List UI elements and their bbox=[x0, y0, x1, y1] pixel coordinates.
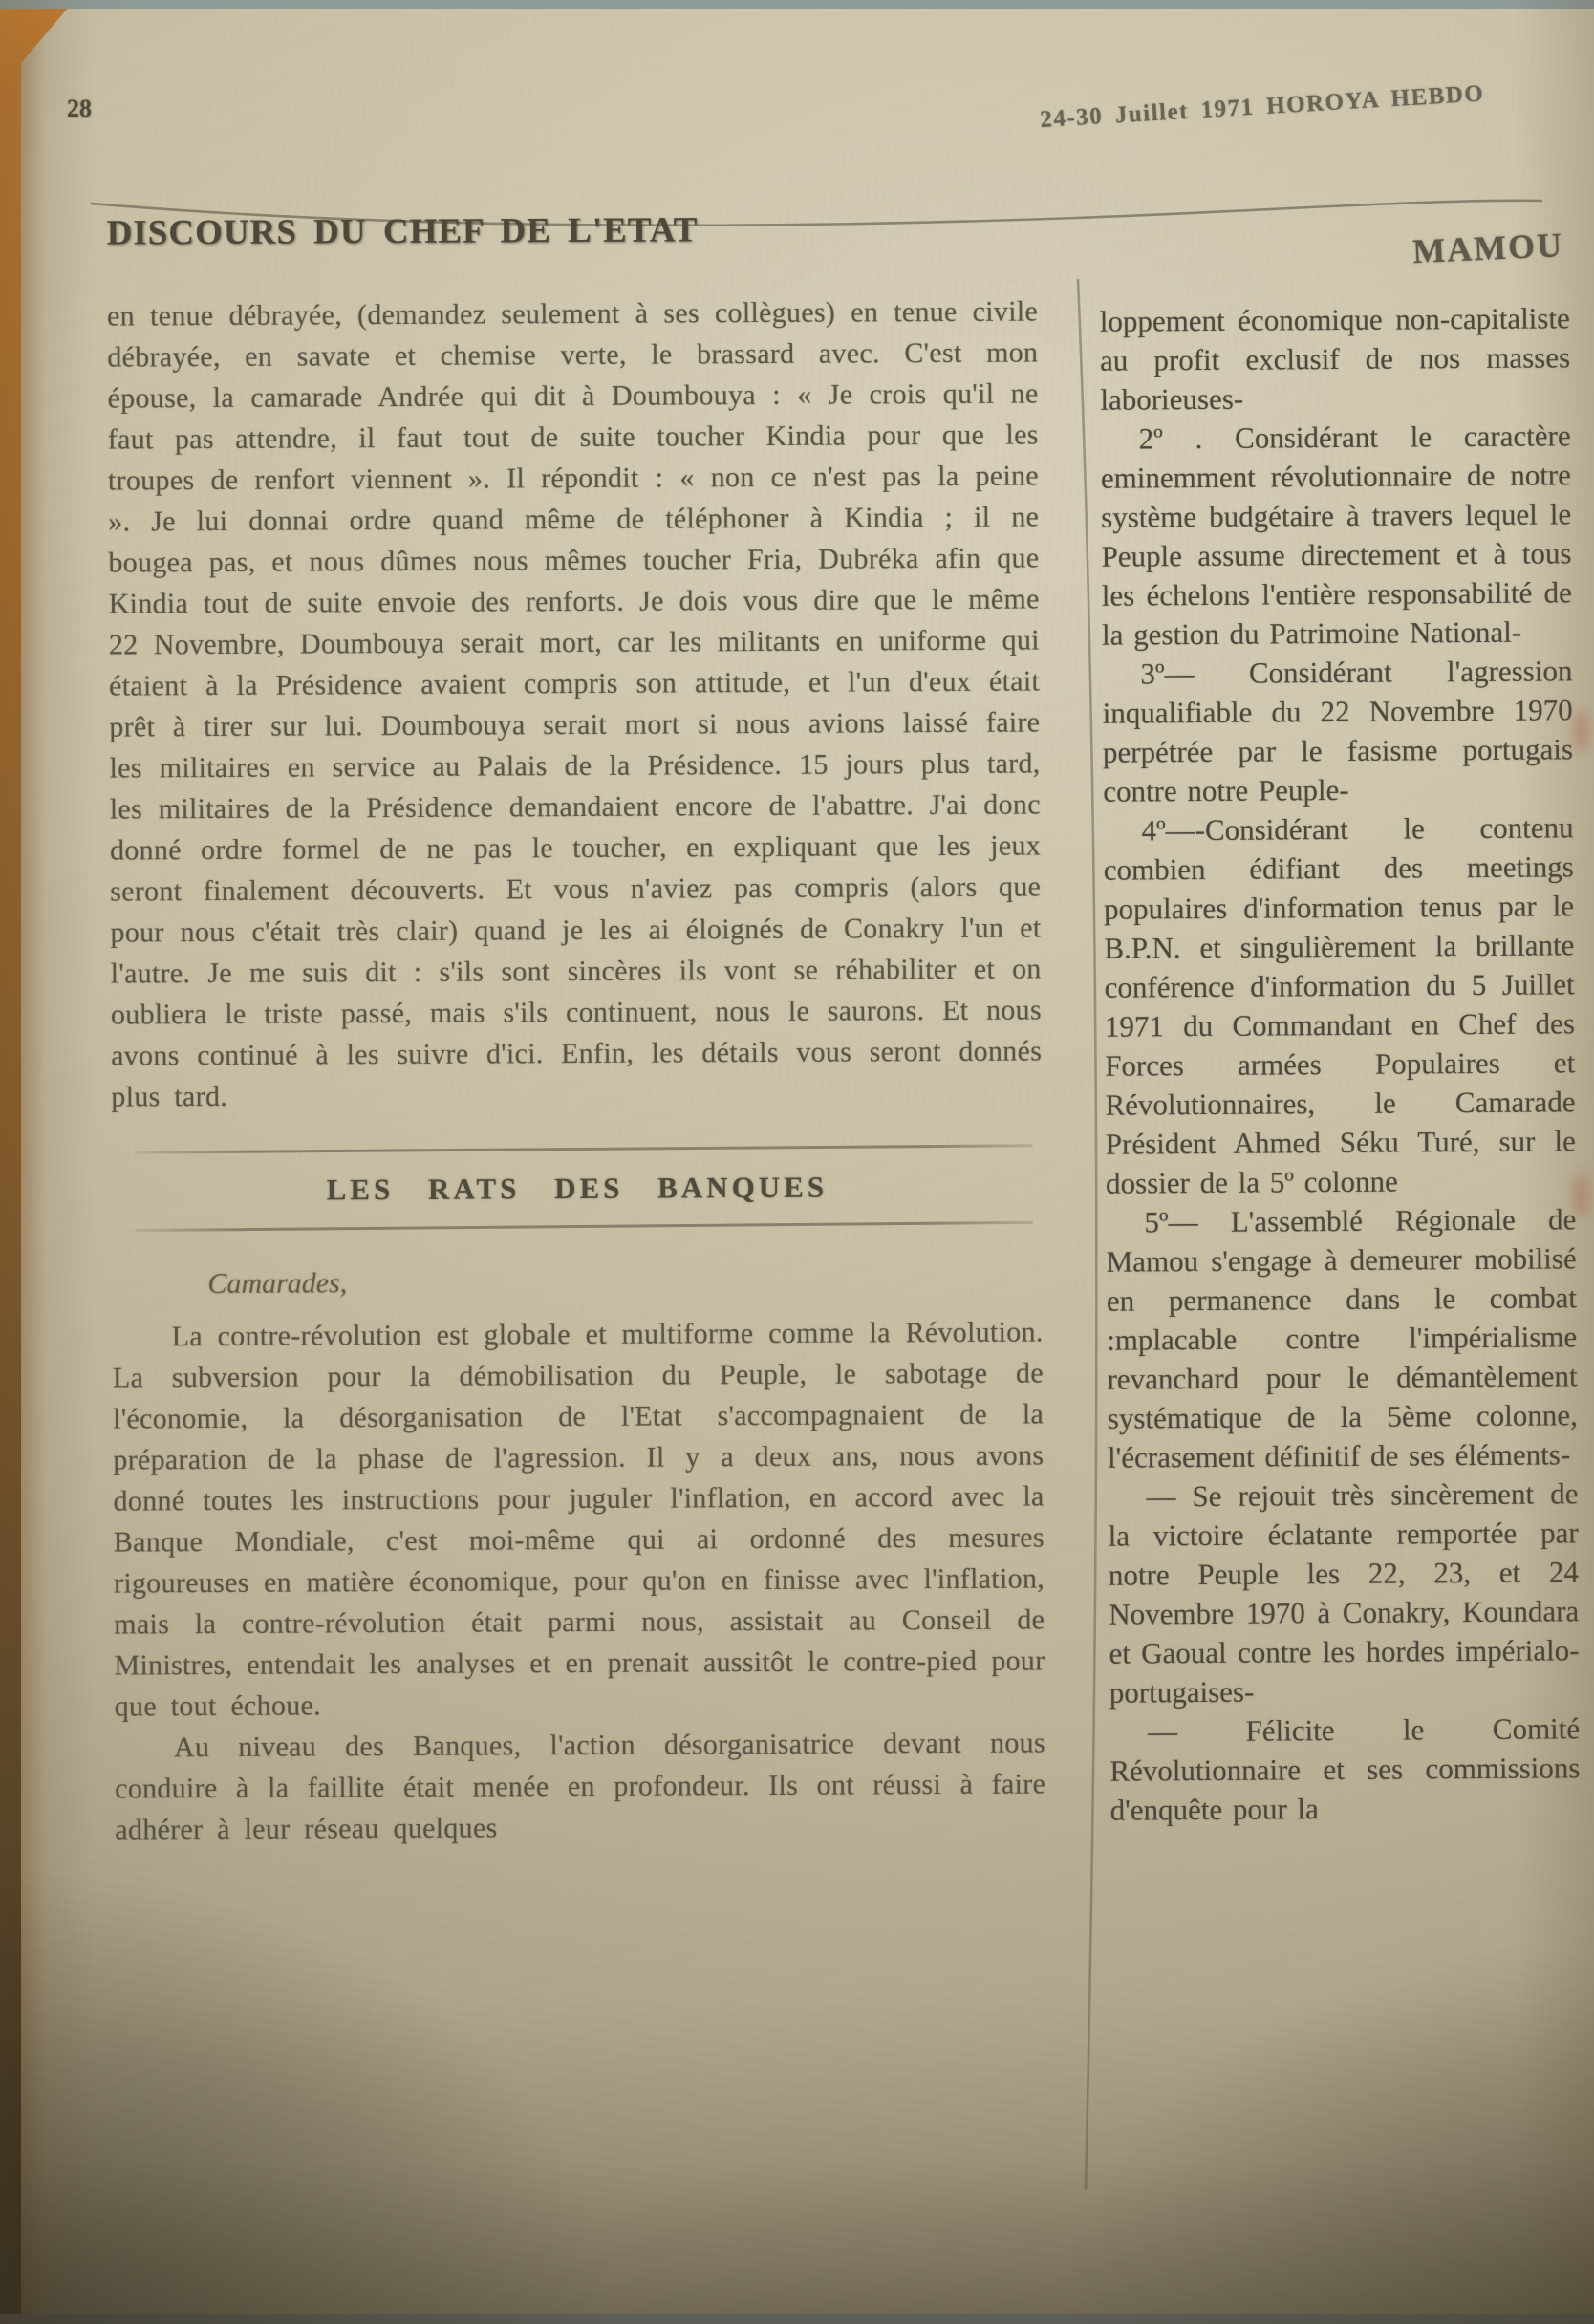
section-rule-top bbox=[135, 1144, 1033, 1153]
body-paragraph-1: en tenue débrayée, (demandez seulement à… bbox=[107, 290, 1042, 1117]
right-paragraph: 2º . Considérant le caractère eminemment… bbox=[1101, 416, 1573, 654]
ink-smudge bbox=[1573, 709, 1588, 753]
page-edge-left bbox=[0, 0, 21, 2324]
page-edge-left-shadow bbox=[21, 0, 46, 2324]
section-title: LES RATS DES BANQUES bbox=[112, 1169, 1043, 1208]
section-rule-bottom bbox=[135, 1221, 1033, 1232]
right-column: MAMOU loppement économique non-capitalis… bbox=[1099, 233, 1581, 1829]
right-paragraph: 5º— L'assemblé Régionale de Mamou s'enga… bbox=[1106, 1199, 1578, 1476]
right-paragraph: — Se rejouit très sincèrement de la vict… bbox=[1108, 1474, 1580, 1711]
column-divider bbox=[1078, 279, 1096, 2190]
body-paragraph-3: Au niveau des Banques, l'action désorgan… bbox=[115, 1722, 1046, 1850]
right-paragraph: loppement économique non-capitaliste au … bbox=[1100, 298, 1571, 419]
salutation: Camarades, bbox=[207, 1263, 1043, 1301]
page-edge-bottom bbox=[0, 2314, 1594, 2324]
right-paragraph: 3º— Considérant l'agression inqualifiabl… bbox=[1102, 651, 1573, 810]
right-paragraph: — Félicite le Comité Révolutionnaire et … bbox=[1109, 1709, 1581, 1829]
left-column: DISCOURS DU CHEF DE L'ETAT en tenue débr… bbox=[107, 207, 1046, 1850]
right-paragraph: 4º—-Considérant le contenu combien édifi… bbox=[1103, 807, 1576, 1202]
right-column-heading: MAMOU bbox=[1099, 225, 1570, 286]
page-number: 28 bbox=[67, 95, 92, 123]
body-paragraph-2: La contre-révolution est globale et mult… bbox=[113, 1311, 1045, 1727]
ink-smudge bbox=[1573, 1173, 1588, 1217]
article-headline: DISCOURS DU CHEF DE L'ETAT bbox=[107, 207, 1038, 253]
newspaper-page: 28 24-30 Juillet 1971 HOROYA HEBDO DISCO… bbox=[0, 0, 1594, 2324]
page-edge-top bbox=[0, 0, 1594, 9]
masthead-dateline: 24-30 Juillet 1971 HOROYA HEBDO bbox=[1040, 76, 1557, 134]
